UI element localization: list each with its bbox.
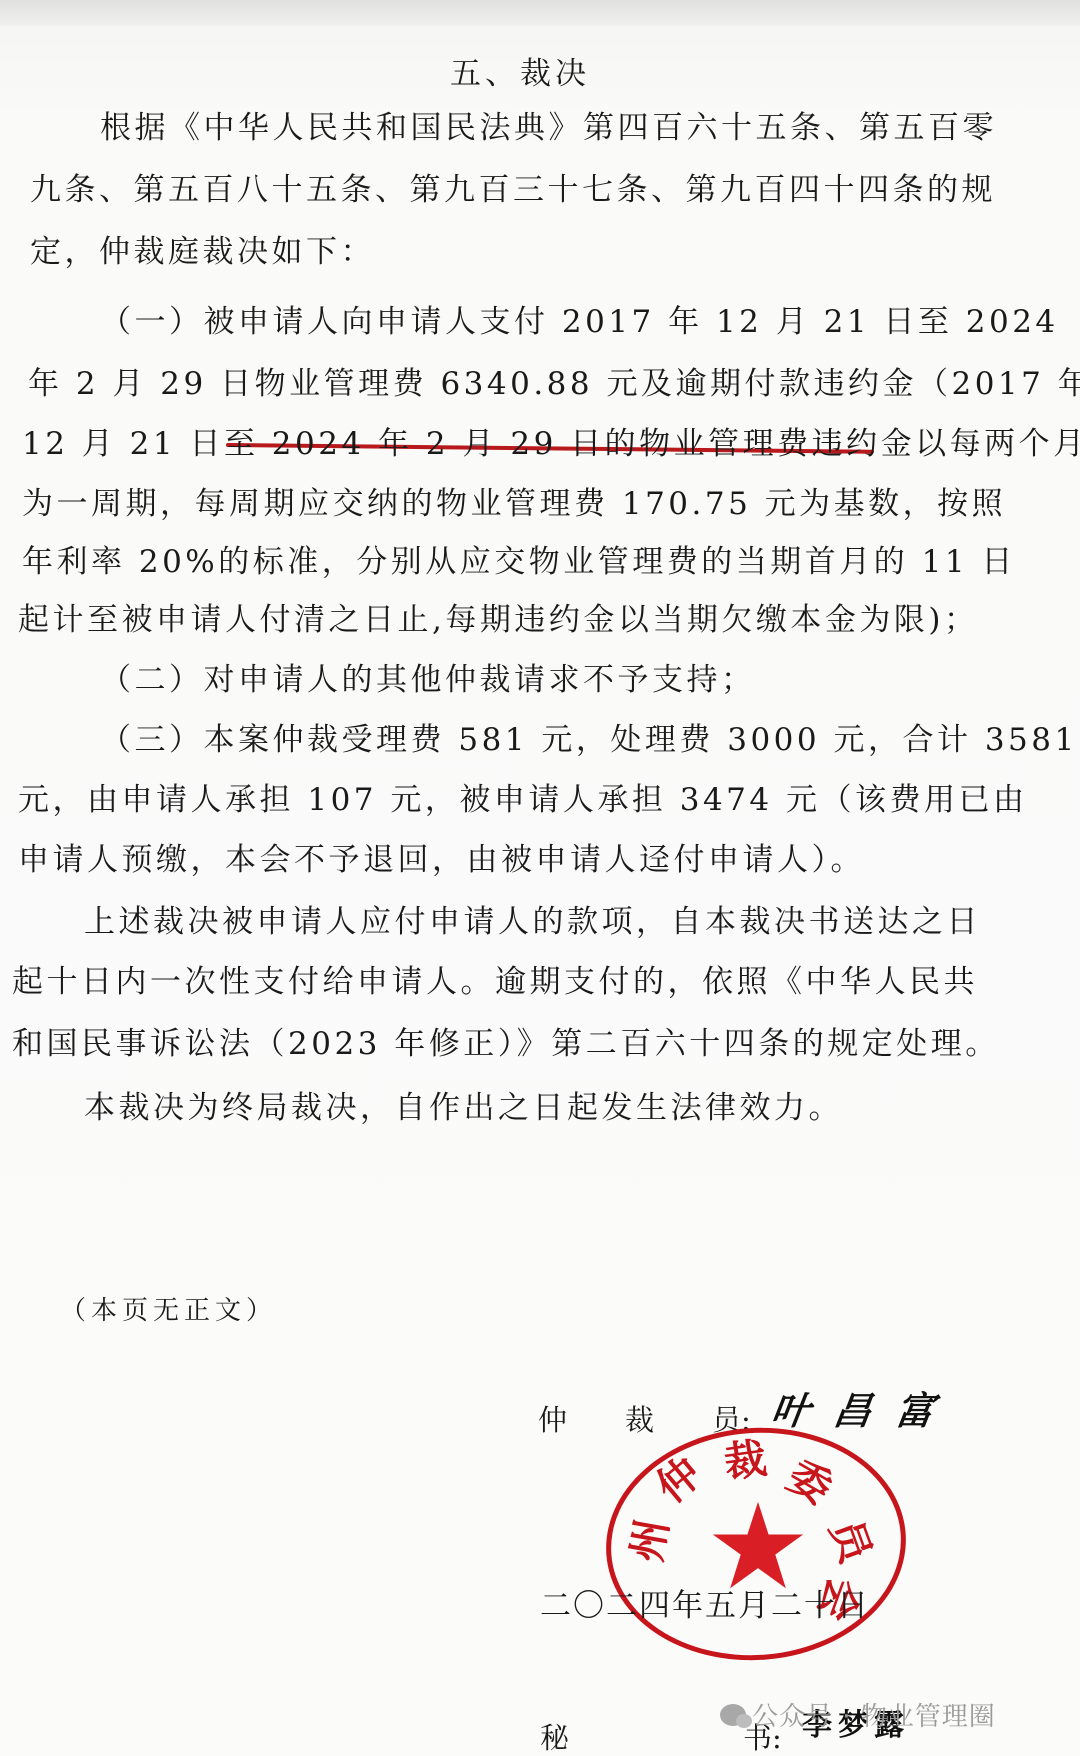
basis-line-3: 定，仲裁庭裁决如下：	[30, 232, 375, 272]
section-heading: 五、裁决	[450, 54, 590, 94]
item1-line-5: 年利率 20%的标准，分别从应交物业管理费的当期首月的 11 日	[22, 542, 1016, 582]
payment-line-2: 起十日内一次性支付给申请人。逾期支付的，依照《中华人民共	[12, 962, 978, 1002]
seal-char-3: 裁	[720, 1425, 770, 1490]
document-page: 五、裁决 根据《中华人民共和国民法典》第四百六十五条、第五百零 九条、第五百八十…	[0, 0, 1080, 1756]
item3-line-2: 元，由申请人承担 107 元，被申请人承担 3474 元（该费用已由	[18, 780, 1027, 820]
final-line-1: 本裁决为终局裁决，自作出之日起发生法律效力。	[84, 1088, 843, 1128]
item3-line-3: 申请人预缴，本会不予退回，由被申请人迳付申请人）。	[18, 840, 865, 880]
basis-line-2: 九条、第五百八十五条、第九百三十七条、第九百四十四条的规	[30, 170, 996, 210]
item1-line-2: 年 2 月 29 日物业管理费 6340.88 元及逾期付款违约金（2017 年	[28, 364, 1080, 404]
watermark-text: 公众号 · 物业管理圈	[752, 1696, 996, 1733]
basis-line-1: 根据《中华人民共和国民法典》第四百六十五条、第五百零	[100, 108, 997, 148]
watermark: 公众号 · 物业管理圈	[720, 1696, 996, 1733]
payment-line-1: 上述裁决被申请人应付申请人的款项，自本裁决书送达之日	[84, 902, 981, 942]
arbitrator-signature: 叶昌富	[768, 1380, 962, 1435]
item3-line-1: （三）本案仲裁受理费 581 元，处理费 3000 元，合计 3581	[100, 720, 1078, 760]
item1-line-4: 为一周期，每周期应交纳的物业管理费 170.75 元为基数，按照	[22, 484, 1006, 524]
scan-top-edge	[0, 0, 1080, 26]
item2-line-1: （二）对申请人的其他仲裁请求不予支持；	[100, 660, 756, 700]
item1-line-3: 12 月 21 日至 2024 年 2 月 29 日的物业管理费违约金以每两个月	[22, 424, 1080, 464]
no-text-note: （本页无正文）	[60, 1290, 277, 1327]
payment-line-3: 和国民事诉讼法（2023 年修正）》第二百六十四条的规定处理。	[12, 1024, 1000, 1064]
item1-line-1: （一）被申请人向申请人支付 2017 年 12 月 21 日至 2024	[100, 302, 1059, 342]
decision-date: 二〇二四年五月二十日	[540, 1580, 870, 1625]
item1-line-6: 起计至被申请人付清之日止,每期违约金以当期欠缴本金为限)；	[18, 600, 978, 640]
wechat-icon	[720, 1704, 746, 1726]
